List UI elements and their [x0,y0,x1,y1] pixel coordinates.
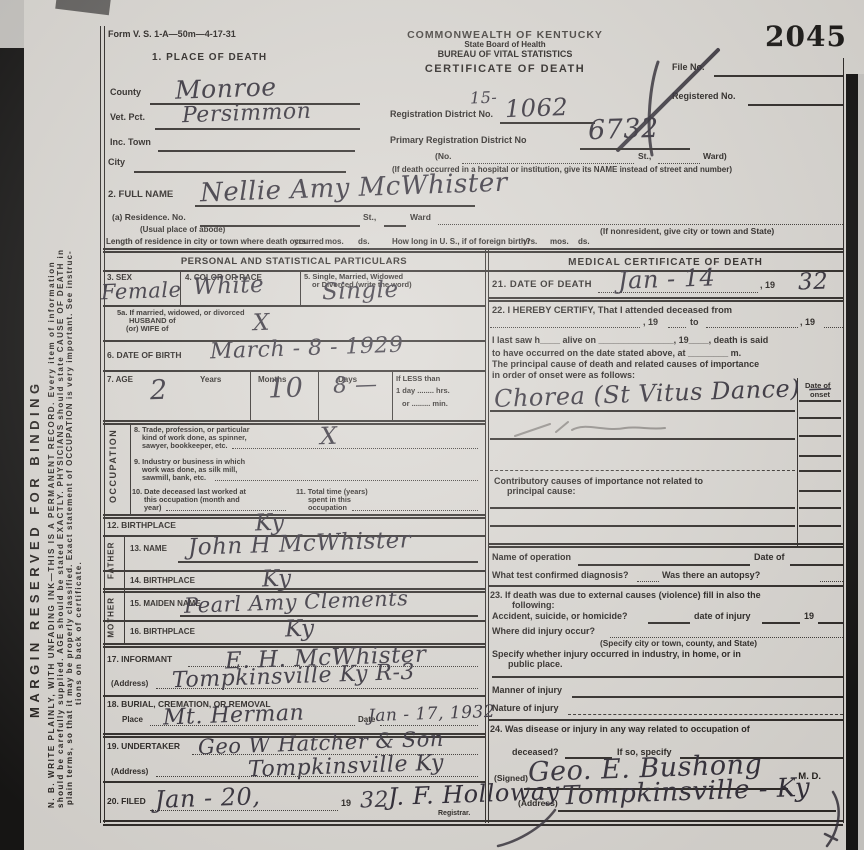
city-ward-label: Ward) [703,152,727,161]
length-yrs2: yrs. [523,238,537,247]
father-birthplace-label: 14. BIRTHPLACE [130,577,195,586]
length-mos2: mos. [550,238,569,247]
form-border-left-inner [104,26,105,823]
film-edge-right [846,74,858,850]
nature-injury-label: Nature of injury [492,704,559,714]
reg-district-value: 1062 [505,95,569,121]
father-vertical-label: FATHER [108,530,117,590]
married-to-label-3: (or) WIFE of [126,325,169,333]
cell-divider-color [300,270,301,305]
date-of-death-year: 32 [798,270,829,294]
certify-19a-dotted [668,327,686,328]
occ8-label-3: sawyer, bookkeeper, etc. [142,442,228,450]
autopsy-dotted [820,581,843,582]
box-top-rule-b [103,251,843,253]
onset-line-5 [799,470,841,472]
physician-address-value: Tompkinsville - Ky [562,775,811,810]
city-line [134,171,346,173]
test-dotted [637,581,659,582]
onset-line-7 [799,507,841,509]
sex-value: Female [101,280,182,304]
occ8-dotted [232,448,478,449]
autopsy-label: Was there an autopsy? [662,571,760,581]
age-days-value: 8 — [333,374,378,398]
city-st-dotted [658,163,700,164]
color-value: White [193,274,265,299]
rule-age-top [103,370,485,372]
age-divider-3 [392,370,393,420]
father-name-value: John H McWhister [188,529,412,560]
checkmark-stroke [600,40,750,170]
principal-cause-line1: The principal cause of death and related… [492,360,759,370]
mother-vertical-label: MOTHER [108,587,117,647]
operation-date-label: Date of [754,553,785,563]
certify-label: 22. I HEREBY CERTIFY, That I attended de… [492,305,732,315]
form-border-right [843,58,844,823]
dob-value: March - 8 - 1929 [210,335,404,364]
age-label: 7. AGE [107,376,133,385]
contributory-label-2: principal cause: [507,487,576,497]
undertaker-address-value: Tompkinsville Ky [248,753,445,782]
certify-19b: , 19 [800,318,815,328]
illegible-scribble [510,418,670,440]
undertaker-label: 19. UNDERTAKER [107,742,180,751]
specify-where-line [492,676,843,678]
margin-binding-note: MARGIN RESERVED FOR BINDING [28,379,42,718]
onset-line-4 [799,455,841,457]
city-label: City [108,158,125,168]
age-divider-1 [250,370,251,420]
date-injury-line [762,622,800,624]
filed-date-value: Jan - 20, [155,784,261,812]
scan-smudge-top [55,0,111,15]
onset-line-6 [799,490,841,492]
injury-19-label: 19 [804,612,814,622]
column-divider-a [485,250,486,823]
filed-19-label: 19 [341,799,351,809]
rule-occ-top-a [103,420,485,422]
film-edge-top-left [0,0,24,48]
rule-23-top [488,585,843,587]
burial-place-value: Mt. Herman [163,703,305,730]
mother-birthplace-value: Ky [285,617,316,641]
county-label: County [110,88,141,98]
box-top-rule-a [103,248,843,250]
specify-where-label-2: public place. [508,660,563,670]
informant-label: 17. INFORMANT [107,655,172,664]
certify-to-dotted [706,327,798,328]
rule-bp-top-b [103,517,485,519]
onset-line-2 [799,417,841,419]
full-name-label: 2. FULL NAME [108,190,173,200]
primary-reg-line [580,148,690,150]
margin-nb-line4: tions on back of certificate. [75,561,84,705]
age-years-value: 2 [150,377,169,405]
inc-town-label: Inc. Town [110,138,151,148]
occ11-dotted [352,510,478,511]
vet-pct-label: Vet. Pct. [110,113,145,123]
abode-note: (Usual place of abode) [140,226,225,235]
length-ds2: ds. [578,238,590,247]
residence-ward-dotted [438,224,843,225]
contrib-line-2 [490,525,795,527]
occupation-related-label: 24. Was disease or injury in any way rel… [490,725,750,735]
operation-label: Name of operation [492,553,571,563]
city-st-label: St., [638,152,651,161]
signature-tail-registrar [490,808,570,850]
onset-column-line [797,378,798,546]
rule-certify-top-b [488,300,843,302]
form-border-left-outer [100,26,101,823]
contrib-line-1 [490,507,795,509]
onset-line-3 [799,435,841,437]
marital-value: Single [322,279,399,305]
film-edge-left [0,48,24,850]
reg-district-extra-value: 15- [470,90,498,107]
cause-line-1 [490,410,795,412]
age-years-label: Years [200,376,221,385]
mother-name-value: Pearl Amy Clements [184,588,409,617]
city-no-dotted [462,163,634,164]
stamp-number: 2045 [765,22,847,52]
physician-address-line [558,810,836,812]
margin-nb-line3: plain terms, so that it may be properly … [66,250,75,805]
burial-date-value: Jan - 17, 1932 [368,704,496,725]
rule-informant-top-a [103,643,485,645]
rule-24-top [488,719,843,721]
personal-title: PERSONAL AND STATISTICAL PARTICULARS [103,257,485,267]
column-divider-b [488,250,489,823]
occupation-vertical-label: OCCUPATION [109,416,119,516]
registered-no-line [748,104,843,106]
certify-from-dotted [490,327,640,328]
primary-reg-value: 6732 [588,115,660,144]
onset-line-8 [799,525,841,527]
external-causes-label-2: following: [512,601,555,611]
city-no-label: (No. [435,152,452,161]
injury-19-line [818,622,843,624]
dob-label: 6. DATE OF BIRTH [107,351,181,360]
length-label: Length of residence in city or town wher… [106,238,324,247]
vet-pct-line [155,128,360,130]
primary-reg-label: Primary Registration District No [390,136,527,146]
registrar-label: Registrar. [438,810,470,818]
filed-label: 20. FILED [107,797,146,806]
accident-label: Accident, suicide, or homicide? [492,612,628,622]
occ8-x-value: X [320,424,338,449]
burial-place-label: Place [122,716,143,725]
undertaker-address-label: (Address) [111,768,148,777]
death-certificate-scan: MARGIN RESERVED FOR BINDING N. B. WRITE … [0,0,864,850]
county-value: Monroe [175,74,277,103]
rule-5a-top [103,305,485,307]
occ11-label-3: occupation [308,504,347,512]
age-less-label-2: 1 day ........ hrs. [396,387,450,395]
form-number: Form V. S. 1-A—50m—4-17-31 [108,30,236,40]
date-of-death-19: , 19 [760,281,775,291]
manner-injury-line [572,696,843,698]
rule-father-bp-top [103,570,485,572]
mother-birthplace-label: 16. BIRTHPLACE [130,628,195,637]
full-name-value: Nellie Amy McWhister [200,170,508,207]
registrar-signature: J. F. Holloway [388,779,561,809]
father-name-line [178,561,478,563]
birthplace-label: 12. BIRTHPLACE [107,521,176,530]
onset-box-bottom-b [488,546,843,548]
age-months-value: 10 [268,374,304,402]
cause-line-2 [490,438,795,440]
film-edge-right-outer [858,74,864,850]
rule-under-titles [103,270,843,272]
operation-line [578,564,750,566]
length-mos1: mos. [325,238,344,247]
cause-line-3 [490,470,795,471]
box-bottom-rule-b [103,824,843,826]
residence-ward-label: Ward [410,213,431,222]
specify-city-note: (Specify city or town, county, and State… [600,639,757,648]
place-of-death-heading: 1. PLACE OF DEATH [152,53,267,64]
date-of-death-value: Jan - 14 [618,265,716,292]
signature-tail-physician [815,790,850,850]
box-bottom-rule-a [103,820,843,822]
occ9-dotted [215,480,478,481]
reg-district-label: Registration District No. [390,110,493,120]
length-howlong: How long in U. S., if of foreign birth? [392,238,531,247]
rule-bp-top-a [103,514,485,516]
date-of-death-label: 21. DATE OF DEATH [492,280,592,290]
length-ds1: ds. [358,238,370,247]
mother-cell-line [124,591,125,645]
last-saw-line2: to have occurred on the date stated abov… [492,349,741,359]
age-divider-2 [318,370,319,420]
accident-line [648,622,690,624]
occupation-cell-line [130,423,131,514]
certify-19b-dotted [824,327,843,328]
last-saw-line1: I last saw h____ alive on ______________… [492,336,768,346]
married-to-x: X [253,312,271,336]
residence-label: (a) Residence. No. [112,213,186,222]
nonresident-note: (If nonresident, give city or town and S… [600,227,774,236]
inc-town-line [158,150,355,152]
residence-st-line [384,225,406,227]
filed-year-value: 32 [360,790,390,813]
onset-box-bottom-a [488,543,843,545]
principal-cause-line2: in order of onset were as follows: [492,371,635,381]
rule-certify-top-a [488,297,843,299]
rule-burial-top [103,695,485,697]
occ9-label-3: sawmill, bank, etc. [142,474,206,482]
length-yrs1: yrs. [294,238,308,247]
test-label: What test confirmed diagnosis? [492,571,629,581]
occ10-label-3: year) [144,504,161,512]
certify-to: to [690,318,699,328]
father-name-label: 13. NAME [130,545,167,554]
certify-19a: , 19 [643,318,658,328]
vet-pct-value: Persimmon [182,101,312,128]
operation-date-line [790,564,843,566]
age-less-label-1: If LESS than [396,375,440,383]
age-less-label-3: or ......... min. [402,400,448,408]
informant-address-label: (Address) [111,680,148,689]
date-injury-label: date of injury [694,612,751,622]
manner-injury-label: Manner of injury [492,686,562,696]
nature-injury-line [568,714,843,715]
where-injury-label: Where did injury occur? [492,627,595,637]
residence-st-label: St., [363,213,376,222]
